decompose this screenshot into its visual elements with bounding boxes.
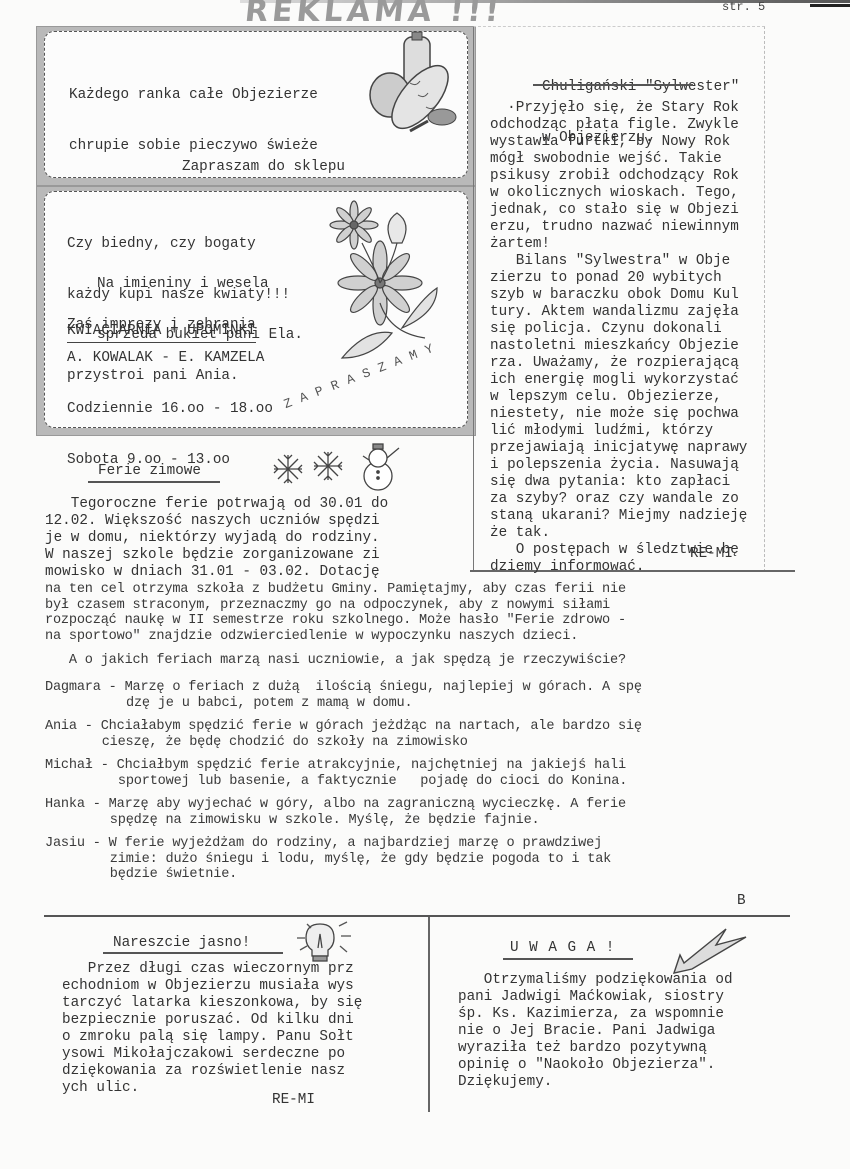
text-line: rza. Uważamy, że rozpierającą — [490, 355, 747, 372]
text-line: śp. Ks. Kazimierza, za wspomnie — [458, 1006, 733, 1023]
answer-continuation: dzę je u babci, potem z mamą w domu. — [45, 696, 805, 712]
text-line: ysowi Mikołajczakowi serdeczne po — [62, 1046, 362, 1063]
flower-icon — [332, 203, 442, 363]
text-line: rozpocząć naukę w II semestrze roku szko… — [45, 613, 626, 629]
student-name: Michał - — [45, 758, 117, 773]
ad-florist-shop-name: KWIACIARNIA + UPOMINKI — [67, 323, 256, 343]
student-answer: Jasiu - W ferie wyjeżdżam do rodziny, a … — [45, 836, 805, 883]
ad-florist: Czy biedny, czy bogaty każdy kupi nasze … — [36, 186, 476, 436]
text-line: tury. Aktem wandalizmu zajęła — [490, 304, 747, 321]
text-line: echodniom w Objezierzu musiała wys — [62, 978, 362, 995]
article-ferie-title-rule — [88, 481, 220, 483]
masthead: REKLAMA !!! — [243, 0, 504, 29]
answer-first-line: Dagmara - Marzę o feriach z dużą ilością… — [45, 680, 805, 696]
text-line: psikusy zrobił odchodzący Rok — [490, 168, 747, 185]
ad-bakery: Każdego ranka całe Objezierze chrupie so… — [36, 26, 476, 186]
text-line: je w domu, niektórzy wyjadą do rodziny. — [45, 530, 388, 547]
article-ferie-signature: B — [737, 893, 746, 910]
text-line: wystawia furtki, by Nowy Rok — [490, 134, 747, 151]
article-uwaga-title: U W A G A ! — [510, 940, 615, 957]
snowman-icon — [363, 444, 399, 490]
student-answer: Hanka - Marzę aby wyjechać w góry, albo … — [45, 797, 805, 828]
article-sylwester-body: ·Przyjęło się, że Stary Rokodchodząc pła… — [490, 100, 747, 576]
article-ferie-answers: Dagmara - Marzę o feriach z dużą ilością… — [45, 680, 805, 891]
student-name: Jasiu - — [45, 836, 109, 851]
text-line: w okolicznych wioskach. Tego, — [490, 185, 747, 202]
text-line: nastoletni mieszkańcy Objezie — [490, 338, 747, 355]
light-bulb-icon — [295, 918, 365, 963]
answer-continuation: będzie świetnie. — [45, 867, 805, 883]
text-line: Dziękujemy. — [458, 1074, 733, 1091]
answer-first-line: Hanka - Marzę aby wyjechać w góry, albo … — [45, 797, 805, 813]
text-line: wyraziła też bardzo pozytywną — [458, 1040, 733, 1057]
text-line: Przez długi czas wieczornym prz — [62, 961, 362, 978]
column-divider — [428, 917, 430, 1112]
answer-first-line: Michał - Chciałbym spędzić ferie atrakcy… — [45, 758, 805, 774]
text-line: ich energię mogli wykorzystać — [490, 372, 747, 389]
text-line: niestety, nie może się pochwa — [490, 406, 747, 423]
student-answer: Dagmara - Marzę o feriach z dużą ilością… — [45, 680, 805, 711]
text-line: mowisko w dniach 31.01 - 03.02. Dotację — [45, 564, 388, 581]
text-line: W naszej szkole będzie zorganizowane zi — [45, 547, 388, 564]
winter-decorations — [268, 444, 418, 494]
student-answer: Michał - Chciałbym spędzić ferie atrakcy… — [45, 758, 805, 789]
article-ferie-title: Ferie zimowe — [98, 463, 201, 480]
answer-first-line: Ania - Chciałabym spędzić ferie w górach… — [45, 719, 805, 735]
text-line: ·Przyjęło się, że Stary Rok — [490, 100, 747, 117]
article-jasno-signature: RE-MI — [272, 1092, 315, 1109]
page-number: str. 5 — [722, 0, 765, 14]
text-line: nie o Jej Bracie. Pani Jadwiga — [458, 1023, 733, 1040]
answer-continuation: zimie: dużo śniegu i lodu, myślę, że gdy… — [45, 852, 805, 868]
text-line: mógł swobodnie wejść. Takie — [490, 151, 747, 168]
text-line: o zmroku palą się lampy. Panu Sołt — [62, 1029, 362, 1046]
student-answer: Ania - Chciałabym spędzić ferie w górach… — [45, 719, 805, 750]
text-line: że tak. — [490, 525, 747, 542]
student-name: Ania - — [45, 719, 101, 734]
snowflake-icon — [274, 455, 302, 483]
text-line: ych ulic. — [62, 1080, 362, 1097]
text-line: szyb w baraczku obok Domu Kul — [490, 287, 747, 304]
text-line: lić młodymi ludźmi, którzy — [490, 423, 747, 440]
article-sylwester-signature: RE-MI — [690, 546, 733, 563]
text-line: bezpiecznie poruszać. Od kilku dni — [62, 1012, 362, 1029]
text-line: dziękowania za rozświetlenie nasz — [62, 1063, 362, 1080]
article-ferie-intro: Tegoroczne ferie potrwają od 30.01 do12.… — [45, 496, 388, 581]
text-line: zierzu to ponad 20 wybitych — [490, 270, 747, 287]
text-line: i polepszenia życia. Nasuwają — [490, 457, 747, 474]
text-line: 12.02. Większość naszych uczniów spędzi — [45, 513, 388, 530]
text-line: jednak, co stało się w Objezi — [490, 202, 747, 219]
section-divider — [44, 915, 790, 917]
article-uwaga-title-rule — [503, 958, 633, 960]
text-line: Bilans "Sylwestra" w Obje — [490, 253, 747, 270]
text-line: Tegoroczne ferie potrwają od 30.01 do — [45, 496, 388, 513]
text-line: się dwa pytania: kto zapłaci — [490, 474, 747, 491]
article-jasno-title-rule — [103, 952, 283, 954]
snowflake-icon — [314, 452, 342, 480]
text-line: tarczyć latarka kieszonkowa, by się — [62, 995, 362, 1012]
text-line: opinię o "Naokoło Objezierza". — [458, 1057, 733, 1074]
student-name: Hanka - — [45, 797, 109, 812]
article-uwaga-body: Otrzymaliśmy podziękowania odpani Jadwig… — [458, 972, 733, 1091]
text-line: staną ukarani? Miejmy nadzieję — [490, 508, 747, 525]
ad-florist-owners: A. KOWALAK - E. KAMZELA — [67, 350, 264, 367]
text-line: pani Jadwigi Maćkowiak, siostry — [458, 989, 733, 1006]
text-line: żartem! — [490, 236, 747, 253]
article-sylwester-title-rule — [533, 84, 693, 86]
text-line: był czasem straconym, przeznaczmy go na … — [45, 598, 626, 614]
top-edge-mark — [810, 4, 850, 7]
student-name: Dagmara - — [45, 680, 125, 695]
article-ferie-question: A o jakich feriach marzą nasi uczniowie,… — [45, 653, 626, 669]
text-line: się policja. Czynu dokonali — [490, 321, 747, 338]
text-line: na ten cel otrzyma szkoła z budżetu Gmin… — [45, 582, 626, 598]
text-line: odchodząc płata figle. Zwykle — [490, 117, 747, 134]
article-jasno-body: Przez długi czas wieczornym przechodniom… — [62, 961, 362, 1097]
article-ferie-body: na ten cel otrzyma szkoła z budżetu Gmin… — [45, 582, 626, 644]
answer-continuation: spędzę na zimowisku w szkole. Myślę, że … — [45, 813, 805, 829]
text-line: Otrzymaliśmy podziękowania od — [458, 972, 733, 989]
text-line: erzu, trudno nazwać niewinnym — [490, 219, 747, 236]
bread-basket-icon — [362, 35, 457, 135]
answer-continuation: cieszę, że będę chodzić do szkoły na zim… — [45, 735, 805, 751]
text-line: w lepszym celu. Objezierze, — [490, 389, 747, 406]
article-jasno-title: Nareszcie jasno! — [113, 935, 250, 952]
text-line: na sportowo" znajdzie odzwierciedlenie w… — [45, 629, 626, 645]
answer-continuation: sportowej lub basenie, a faktycznie poja… — [45, 774, 805, 790]
text-line: za szyby? oraz czy wandale zo — [490, 491, 747, 508]
text-line: przejawiają inicjatywę naprawy — [490, 440, 747, 457]
arrow-icon — [672, 925, 752, 975]
answer-first-line: Jasiu - W ferie wyjeżdżam do rodziny, a … — [45, 836, 805, 852]
